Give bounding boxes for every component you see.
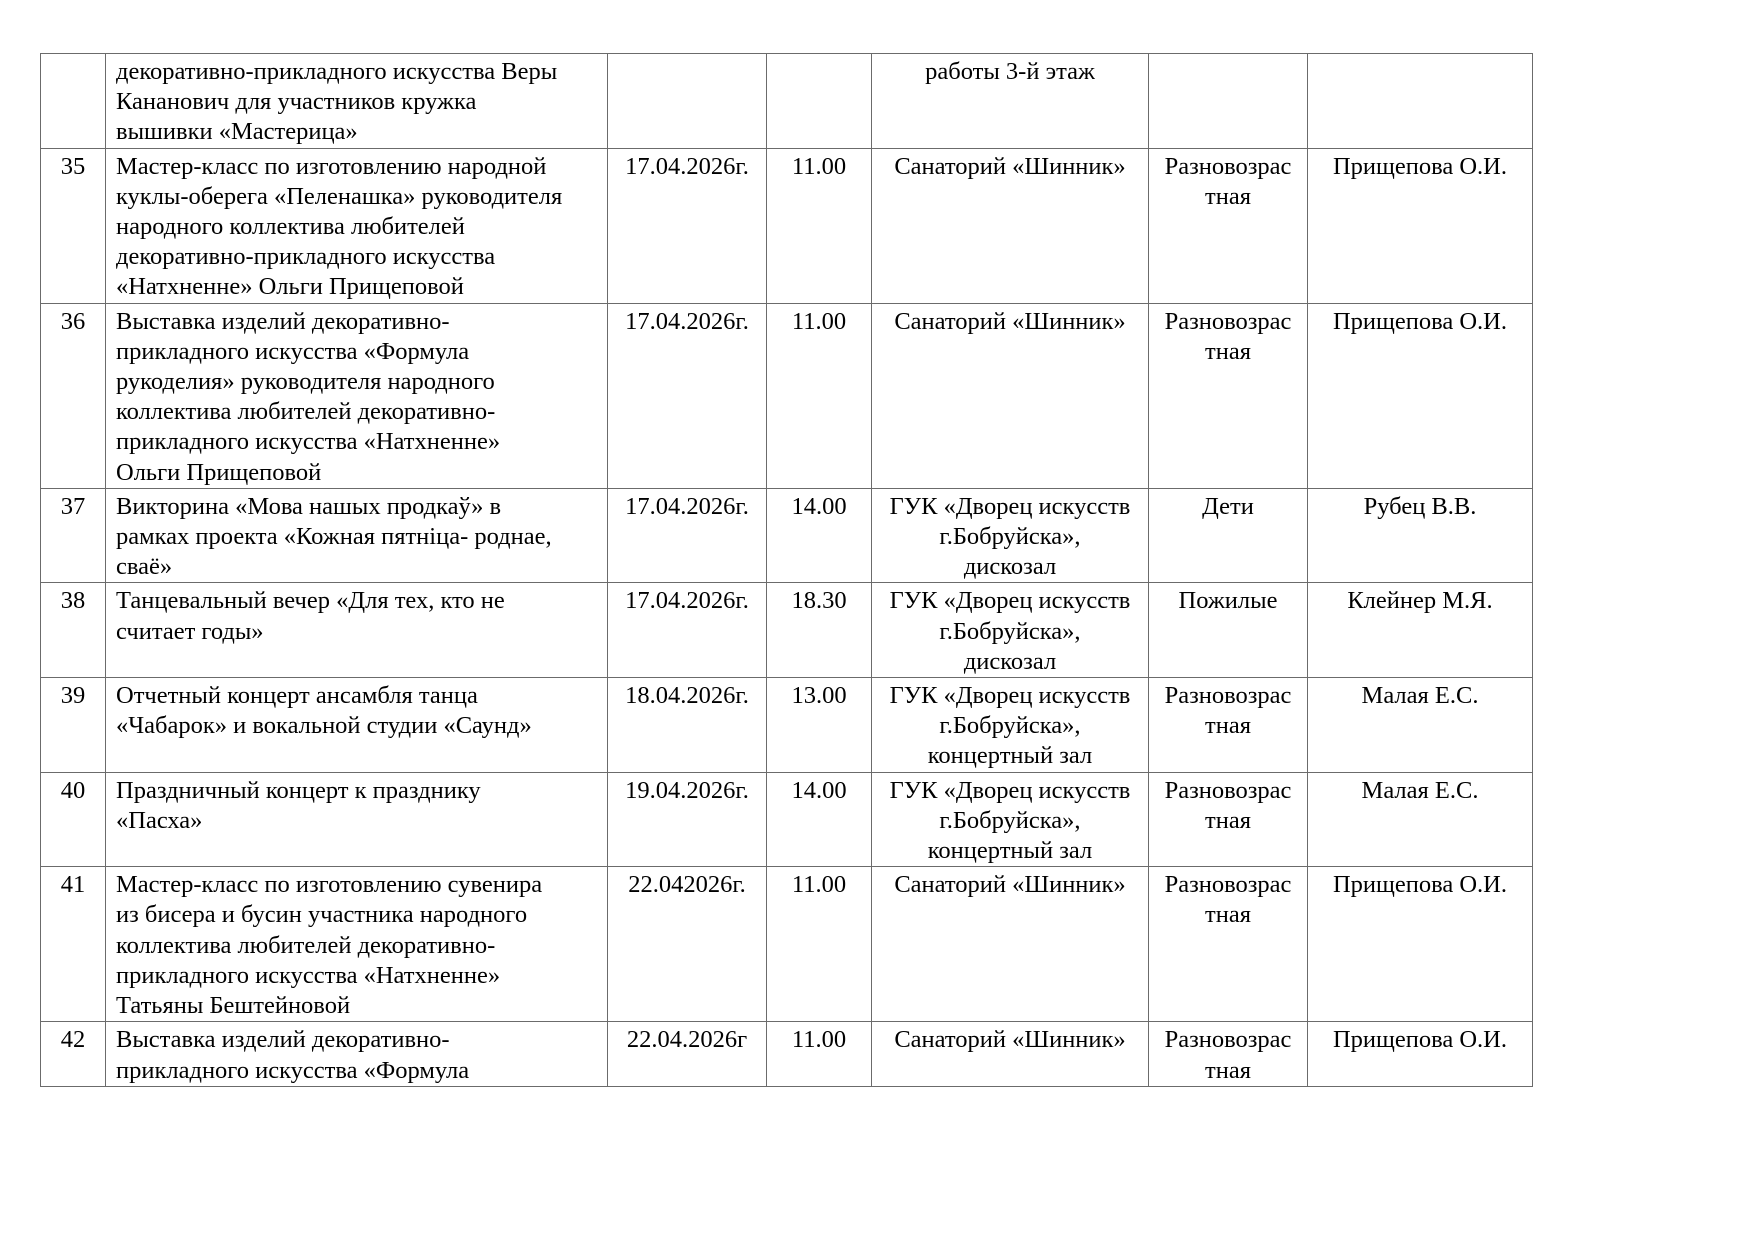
event-responsible-cell: Прищепова О.И. [1308,867,1533,1022]
row-number-cell: 36 [41,303,106,488]
event-description-cell: Выставка изделий декоративно-прикладного… [106,1022,608,1086]
event-audience-cell: Разновозрастная [1149,772,1308,867]
event-audience-cell: Разновозрастная [1149,678,1308,773]
event-time-cell: 11.00 [767,148,872,303]
cell-line: ГУК «Дворец искусств [878,681,1142,711]
table-row: декоративно-прикладного искусства ВерыКа… [41,54,1533,149]
cell-line: прикладного искусства «Натхненне» [116,961,597,991]
event-audience-cell: Разновозрастная [1149,1022,1308,1086]
cell-line: декоративно-прикладного искусства [116,242,597,272]
event-date-cell: 17.04.2026г. [608,583,767,678]
event-responsible-cell: Прищепова О.И. [1308,148,1533,303]
row-number-cell: 35 [41,148,106,303]
cell-line: Разновозрас [1153,870,1303,900]
cell-line: Мастер-класс по изготовлению сувенира [116,870,597,900]
event-audience-cell: Разновозрастная [1149,867,1308,1022]
row-number-cell: 38 [41,583,106,678]
cell-line: г.Бобруйска», [878,617,1142,647]
event-place-cell: Санаторий «Шинник» [872,303,1149,488]
event-description-cell: Выставка изделий декоративно-прикладного… [106,303,608,488]
cell-line: Викторина «Мова нашых продкаў» в [116,492,597,522]
event-place-cell: Санаторий «Шинник» [872,867,1149,1022]
event-responsible-cell: Клейнер М.Я. [1308,583,1533,678]
row-number-cell: 39 [41,678,106,773]
event-date-cell: 19.04.2026г. [608,772,767,867]
cell-line: концертный зал [878,741,1142,771]
row-number-cell: 40 [41,772,106,867]
event-description-cell: Мастер-класс по изготовлению сувенираиз … [106,867,608,1022]
cell-line: Танцевальный вечер «Для тех, кто не [116,586,597,616]
cell-line: тная [1153,806,1303,836]
cell-line: концертный зал [878,836,1142,866]
event-responsible-cell [1308,54,1533,149]
event-audience-cell: Разновозрастная [1149,148,1308,303]
event-description-cell: декоративно-прикладного искусства ВерыКа… [106,54,608,149]
cell-line: Выставка изделий декоративно- [116,1025,597,1055]
cell-line: коллектива любителей декоративно- [116,931,597,961]
event-date-cell: 22.04.2026г [608,1022,767,1086]
event-date-cell: 17.04.2026г. [608,303,767,488]
cell-line: рамках проекта «Кожная пятніца- роднае, [116,522,597,552]
event-description-cell: Мастер-класс по изготовлению народнойкук… [106,148,608,303]
cell-line: коллектива любителей декоративно- [116,397,597,427]
event-time-cell: 13.00 [767,678,872,773]
cell-line: декоративно-прикладного искусства Веры [116,57,597,87]
cell-line: Санаторий «Шинник» [878,307,1142,337]
event-audience-cell: Разновозрастная [1149,303,1308,488]
cell-line: прикладного искусства «Формула [116,1056,597,1086]
event-place-cell: ГУК «Дворец искусствг.Бобруйска»,дискоза… [872,488,1149,583]
event-audience-cell: Пожилые [1149,583,1308,678]
event-responsible-cell: Малая Е.С. [1308,678,1533,773]
event-date-cell: 22.042026г. [608,867,767,1022]
cell-line: тная [1153,900,1303,930]
cell-line: рукоделия» руководителя народного [116,367,597,397]
event-place-cell: ГУК «Дворец искусствг.Бобруйска»,дискоза… [872,583,1149,678]
cell-line: г.Бобруйска», [878,711,1142,741]
event-time-cell: 11.00 [767,303,872,488]
event-time-cell: 11.00 [767,1022,872,1086]
cell-line: Канaнович для участников кружка [116,87,597,117]
row-number-cell: 41 [41,867,106,1022]
cell-line: Разновозрас [1153,152,1303,182]
event-time-cell: 14.00 [767,488,872,583]
cell-line: тная [1153,182,1303,212]
event-date-cell: 18.04.2026г. [608,678,767,773]
event-responsible-cell: Рубец В.В. [1308,488,1533,583]
table-row: 37Викторина «Мова нашых продкаў» врамках… [41,488,1533,583]
cell-line: дискозал [878,647,1142,677]
cell-line: прикладного искусства «Натхненне» [116,427,597,457]
event-place-cell: ГУК «Дворец искусствг.Бобруйска»,концерт… [872,772,1149,867]
cell-line: Дети [1153,492,1303,522]
cell-line: Выставка изделий декоративно- [116,307,597,337]
cell-line: «Натхненне» Ольги Прищеповой [116,272,597,302]
event-description-cell: Викторина «Мова нашых продкаў» врамках п… [106,488,608,583]
event-place-cell: Санаторий «Шинник» [872,1022,1149,1086]
cell-line: ГУК «Дворец искусств [878,776,1142,806]
table-row: 36Выставка изделий декоративно-прикладно… [41,303,1533,488]
cell-line: Праздничный концерт к празднику [116,776,597,806]
table-row: 40Праздничный концерт к празднику«Пасха»… [41,772,1533,867]
row-number-cell: 42 [41,1022,106,1086]
cell-line: ГУК «Дворец искусств [878,586,1142,616]
event-description-cell: Праздничный концерт к празднику«Пасха» [106,772,608,867]
cell-line: народного коллектива любителей [116,212,597,242]
cell-line: Санаторий «Шинник» [878,870,1142,900]
cell-line: Разновозрас [1153,681,1303,711]
event-responsible-cell: Малая Е.С. [1308,772,1533,867]
event-time-cell: 14.00 [767,772,872,867]
cell-line: Разновозрас [1153,1025,1303,1055]
cell-line: Отчетный концерт ансамбля танца [116,681,597,711]
table-row: 41Мастер-класс по изготовлению сувенираи… [41,867,1533,1022]
cell-line: Татьяны Бештейновой [116,991,597,1021]
event-place-cell: Санаторий «Шинник» [872,148,1149,303]
event-time-cell: 18.30 [767,583,872,678]
table-body: декоративно-прикладного искусства ВерыКа… [41,54,1533,1087]
event-description-cell: Танцевальный вечер «Для тех, кто несчита… [106,583,608,678]
event-date-cell: 17.04.2026г. [608,488,767,583]
row-number-cell: 37 [41,488,106,583]
event-date-cell: 17.04.2026г. [608,148,767,303]
cell-line: вышивки «Мастерица» [116,117,597,147]
event-responsible-cell: Прищепова О.И. [1308,1022,1533,1086]
cell-line: Мастер-класс по изготовлению народной [116,152,597,182]
event-audience-cell: Дети [1149,488,1308,583]
event-time-cell: 11.00 [767,867,872,1022]
cell-line: тная [1153,711,1303,741]
cell-line: тная [1153,1056,1303,1086]
cell-line: «Чабарок» и вокальной студии «Саунд» [116,711,597,741]
cell-line: г.Бобруйска», [878,806,1142,836]
event-description-cell: Отчетный концерт ансамбля танца«Чабарок»… [106,678,608,773]
row-number-cell [41,54,106,149]
cell-line: г.Бобруйска», [878,522,1142,552]
table-row: 38Танцевальный вечер «Для тех, кто несчи… [41,583,1533,678]
event-place-cell: ГУК «Дворец искусствг.Бобруйска»,концерт… [872,678,1149,773]
cell-line: Ольги Прищеповой [116,458,597,488]
cell-line: Разновозрас [1153,307,1303,337]
cell-line: сваё» [116,552,597,582]
cell-line: Пожилые [1153,586,1303,616]
cell-line: прикладного искусства «Формула [116,337,597,367]
event-audience-cell [1149,54,1308,149]
event-responsible-cell: Прищепова О.И. [1308,303,1533,488]
cell-line: Санаторий «Шинник» [878,1025,1142,1055]
cell-line: ГУК «Дворец искусств [878,492,1142,522]
event-place-cell: работы 3-й этаж [872,54,1149,149]
cell-line: из бисера и бусин участника народного [116,900,597,930]
cell-line: куклы-оберега «Пеленашка» руководителя [116,182,597,212]
cell-line: Разновозрас [1153,776,1303,806]
events-table: декоративно-прикладного искусства ВерыКа… [40,53,1533,1087]
cell-line: тная [1153,337,1303,367]
cell-line: дискозал [878,552,1142,582]
cell-line: «Пасха» [116,806,597,836]
event-date-cell [608,54,767,149]
event-time-cell [767,54,872,149]
table-row: 42Выставка изделий декоративно-прикладно… [41,1022,1533,1086]
table-row: 35Мастер-класс по изготовлению народнойк… [41,148,1533,303]
cell-line: Санаторий «Шинник» [878,152,1142,182]
cell-line: считает годы» [116,617,597,647]
cell-line: работы 3-й этаж [878,57,1142,87]
table-row: 39Отчетный концерт ансамбля танца«Чабаро… [41,678,1533,773]
